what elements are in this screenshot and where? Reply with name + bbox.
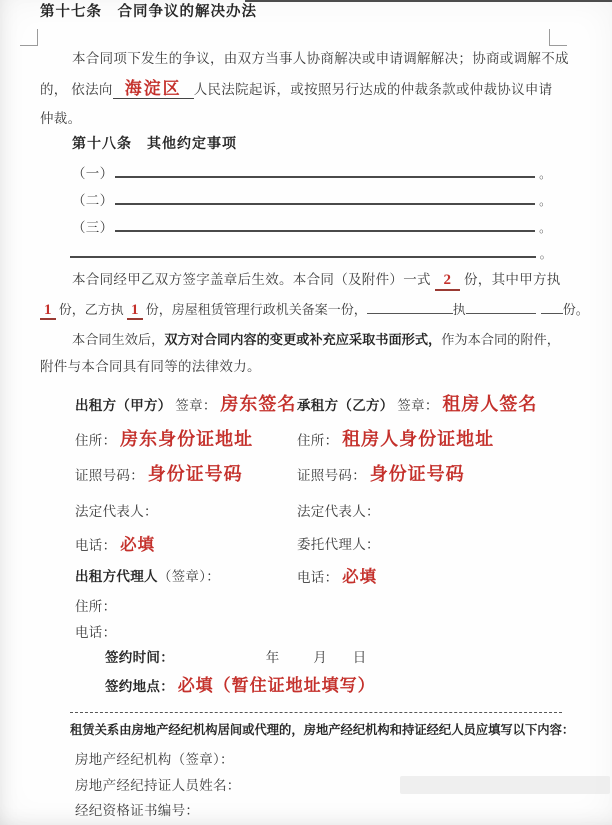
article17-line2-suffix: 人民法院起诉，或按照另行达成的仲裁条款或仲裁协议申请 bbox=[194, 82, 553, 97]
sign-time-day: 日 bbox=[353, 650, 367, 665]
lessor-phone-value: 必填 bbox=[120, 535, 155, 554]
sign-time-month: 月 bbox=[313, 650, 327, 665]
court-name-value: 海淀区 bbox=[125, 79, 182, 98]
contract-page: 第十七条 合同争议的解决办法 本合同项下发生的争议，由双方当事人协商解决或申请调… bbox=[0, 0, 612, 825]
lessee-entrust-agent-row: 委托代理人： bbox=[297, 536, 380, 553]
lessee-title: 承租方（乙方） bbox=[297, 398, 394, 413]
article17-line2-prefix: 的， 依法向 bbox=[40, 82, 113, 97]
lessee-phone-label: 电话： bbox=[297, 570, 338, 585]
sign-time-label: 签约时间： bbox=[105, 650, 174, 665]
holder-blank bbox=[367, 300, 453, 314]
lessee-cert-row: 证照号码： 身份证号码 bbox=[297, 466, 465, 484]
lessee-address-row: 住所： 租房人身份证地址 bbox=[297, 431, 494, 449]
agent-phone-row: 电话： bbox=[75, 624, 116, 641]
lessor-cert-label: 证照号码： bbox=[75, 468, 144, 483]
item1-period: 。 bbox=[539, 167, 551, 181]
holder-count-blank bbox=[466, 300, 536, 314]
lessor-agent-row: 出租方代理人（签章）： bbox=[75, 568, 220, 585]
lessor-cert-value: 身份证号码 bbox=[148, 464, 243, 484]
article18-item1: （一） 。 bbox=[72, 163, 551, 183]
item3-period: 。 bbox=[539, 221, 551, 235]
lessor-signature-value: 房东签名 bbox=[220, 394, 296, 414]
lessee-phone-row: 电话： 必填 bbox=[297, 568, 377, 586]
broker-intro: 租赁关系由房地产经纪机构居间或代理的，房地产经纪机构和持证经纪人员应填写以下内容… bbox=[70, 722, 574, 739]
lessee-phone-value: 必填 bbox=[342, 567, 377, 586]
lessee-address-label: 住所： bbox=[297, 433, 338, 448]
item4-blank-line bbox=[70, 243, 536, 258]
agent-address-row: 住所： bbox=[75, 598, 116, 615]
short-blank bbox=[541, 300, 563, 314]
lessee-sign-row: 承租方（乙方） 签章： 租房人签名 bbox=[297, 396, 537, 414]
item2-blank-line bbox=[115, 190, 535, 205]
article17-paragraph-line1: 本合同项下发生的争议，由双方当事人协商解决或申请调解解决；协商或调解不成 bbox=[72, 50, 569, 67]
top-edge-artifact-line bbox=[245, 0, 612, 2]
broker-cert-no-row: 经纪资格证书编号： bbox=[75, 802, 199, 819]
effect-prefix: 本合同生效后， bbox=[72, 332, 164, 347]
total-copies-blank: 2 bbox=[435, 272, 461, 291]
article18-item2: （二） 。 bbox=[72, 190, 551, 210]
copies-tail: 份。 bbox=[563, 302, 589, 317]
item1-label: （一） bbox=[72, 166, 113, 181]
party-b-copies: 1 bbox=[127, 302, 143, 320]
lessor-phone-row: 电话： 必填 bbox=[75, 536, 155, 554]
effect-bold-clause: 双方对合同内容的变更或补充应采取书面形式， bbox=[164, 332, 441, 347]
lessee-address-value: 租房人身份证地址 bbox=[342, 429, 494, 449]
lessee-legal-rep-row: 法定代表人： bbox=[297, 503, 380, 520]
article18-heading: 第十八条 其他约定事项 bbox=[72, 136, 237, 153]
lessor-agent-suffix: （签章）： bbox=[158, 569, 220, 584]
scan-smudge bbox=[400, 776, 610, 794]
lessor-phone-label: 电话： bbox=[75, 538, 116, 553]
lessor-sign-row: 出租方（甲方） 签章： 房东签名 bbox=[75, 396, 296, 414]
article17-paragraph-line3: 仲裁。 bbox=[40, 110, 81, 127]
broker-agent-name-row: 房地产经纪持证人员姓名： bbox=[75, 777, 241, 794]
article18-item4: 。 bbox=[70, 243, 552, 263]
copies-line2: 1 份，乙方执 1 份，房屋租赁管理行政机关备案一份，执份。 bbox=[40, 300, 589, 319]
item3-label: （三） bbox=[72, 220, 113, 235]
copies-zhi: 执 bbox=[453, 302, 466, 317]
lessor-seal-label: 签章： bbox=[175, 398, 216, 413]
margin-crop-mark-left bbox=[20, 29, 38, 46]
sign-place-value: 必填（暂住证地址填写） bbox=[178, 676, 376, 695]
item1-blank-line bbox=[115, 163, 535, 178]
item4-period: 。 bbox=[540, 247, 552, 261]
item2-period: 。 bbox=[539, 194, 551, 208]
margin-crop-mark-right bbox=[549, 29, 567, 46]
lessor-agent-label: 出租方代理人 bbox=[75, 569, 158, 584]
copies-line1: 本合同经甲乙双方签字盖章后生效。本合同（及附件）一式 2 份，其中甲方执 bbox=[72, 271, 561, 291]
article17-heading: 第十七条 合同争议的解决办法 bbox=[40, 4, 257, 21]
item3-blank-line bbox=[115, 217, 535, 232]
lessor-legal-rep-row: 法定代表人： bbox=[75, 503, 158, 520]
effect-suffix: 作为本合同的附件， bbox=[441, 332, 560, 347]
copies-mid2: 份，房屋租赁管理行政机关备案一份， bbox=[146, 302, 367, 317]
article17-paragraph-line2: 的， 依法向海淀区人民法院起诉，或按照另行达成的仲裁条款或仲裁协议申请 bbox=[40, 80, 553, 99]
effect-line2: 附件与本合同具有同等的法律效力。 bbox=[40, 358, 261, 375]
broker-org-row: 房地产经纪机构（签章）： bbox=[75, 751, 234, 768]
item2-label: （二） bbox=[72, 193, 113, 208]
lessor-address-row: 住所： 房东身份证地址 bbox=[75, 431, 253, 449]
sign-time-year: 年 bbox=[266, 650, 280, 665]
lessor-title: 出租方（甲方） bbox=[75, 398, 172, 413]
lessee-signature-value: 租房人签名 bbox=[442, 394, 537, 414]
party-a-copies: 1 bbox=[40, 302, 56, 320]
lessor-cert-row: 证照号码： 身份证号码 bbox=[75, 466, 243, 484]
sign-place-label: 签约地点： bbox=[105, 679, 174, 694]
sign-place-row: 签约地点： 必填（暂住证地址填写） bbox=[105, 677, 376, 695]
copies-line1-prefix: 本合同经甲乙双方签字盖章后生效。本合同（及附件）一式 bbox=[72, 272, 431, 287]
copies-mid1: 份，乙方执 bbox=[59, 302, 124, 317]
effect-line1: 本合同生效后，双方对合同内容的变更或补充应采取书面形式，作为本合同的附件， bbox=[72, 331, 560, 348]
court-name-blank: 海淀区 bbox=[113, 80, 194, 99]
lessee-seal-label: 签章： bbox=[397, 398, 438, 413]
lessor-address-label: 住所： bbox=[75, 433, 116, 448]
copies-line1-suffix: 份，其中甲方执 bbox=[464, 272, 561, 287]
dashed-divider bbox=[70, 712, 562, 713]
article18-item3: （三） 。 bbox=[72, 217, 551, 237]
lessee-cert-value: 身份证号码 bbox=[370, 464, 465, 484]
lessor-address-value: 房东身份证地址 bbox=[120, 429, 253, 449]
lessee-cert-label: 证照号码： bbox=[297, 468, 366, 483]
sign-time-row: 签约时间： 年 月 日 bbox=[105, 649, 367, 666]
